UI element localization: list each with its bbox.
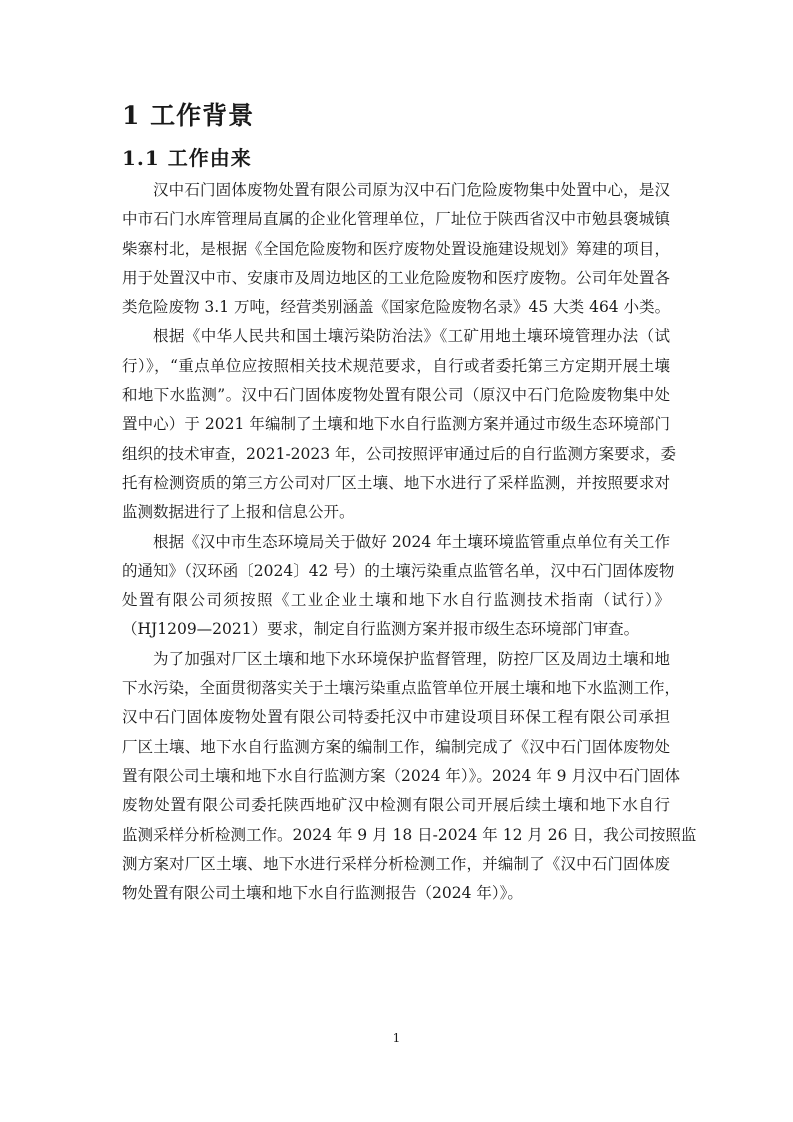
- text-line: 组织的技术审查，2021-2023 年，公司按照评审通过后的自行监测方案要求，委: [122, 440, 670, 469]
- text-line: 类危险废物 3.1 万吨，经营类别涵盖《国家危险废物名录》45 大类 464 小…: [122, 293, 670, 322]
- text-line: 监测采样分析检测工作。2024 年 9 月 18 日-2024 年 12 月 2…: [122, 821, 670, 850]
- text-line: 置中心）于 2021 年编制了土壤和地下水自行监测方案并通过市级生态环境部门: [122, 410, 670, 439]
- text-line: 置有限公司土壤和地下水自行监测方案（2024 年）》。2024 年 9 月汉中石…: [122, 762, 670, 791]
- text-line: 监测数据进行了上报和信息公开。: [122, 498, 670, 527]
- paragraph-company-background: 汉中石门固体废物处置有限公司原为汉中石门危险废物集中处置中心，是汉 中市石门水库…: [122, 176, 672, 322]
- paragraph-2024-notice: 根据《汉中市生态环境局关于做好 2024 年土壤环境监管重点单位有关工作 的通知…: [122, 528, 672, 645]
- text-line: 行）》，“重点单位应按照相关技术规范要求，自行或者委托第三方定期开展土壤: [122, 352, 670, 381]
- text-line: 和地下水监测”。汉中石门固体废物处置有限公司（原汉中石门危险废物集中处: [122, 381, 670, 410]
- text-line: 物处置有限公司土壤和地下水自行监测报告（2024 年）》。: [122, 879, 670, 908]
- text-line: （HJ1209—2021）要求，制定自行监测方案并报市级生态环境部门审查。: [122, 615, 670, 644]
- text-line: 汉中石门固体废物处置有限公司特委托汉中市建设项目环保工程有限公司承担: [122, 703, 670, 732]
- paragraph-monitoring-work: 为了加强对厂区土壤和地下水环境保护监督管理，防控厂区及周边土壤和地 下水污染，全…: [122, 645, 672, 909]
- text-line: 中市石门水库管理局直属的企业化管理单位，厂址位于陕西省汉中市勉县褒城镇: [122, 205, 670, 234]
- document-page: 1 工作背景 1.1 工作由来 汉中石门固体废物处置有限公司原为汉中石门危险废物…: [0, 0, 793, 1122]
- text-line: 下水污染，全面贯彻落实关于土壤污染重点监管单位开展土壤和地下水监测工作，: [122, 674, 670, 703]
- text-line: 的通知》（汉环函〔2024〕42 号）的土壤污染重点监管名单，汉中石门固体废物: [122, 557, 670, 586]
- text-line: 厂区土壤、地下水自行监测方案的编制工作，编制完成了《汉中石门固体废物处: [122, 733, 670, 762]
- text-line: 柴寨村北，是根据《全国危险废物和医疗废物处置设施建设规划》筹建的项目，: [122, 235, 670, 264]
- text-line: 托有检测资质的第三方公司对厂区土壤、地下水进行了采样监测，并按照要求对: [122, 469, 670, 498]
- text-line: 测方案对厂区土壤、地下水进行采样分析检测工作，并编制了《汉中石门固体废: [122, 850, 670, 879]
- body-text: 汉中石门固体废物处置有限公司原为汉中石门危险废物集中处置中心，是汉 中市石门水库…: [122, 176, 672, 908]
- text-line: 用于处置汉中市、安康市及周边地区的工业危险废物和医疗废物。公司年处置各: [122, 264, 670, 293]
- paragraph-legal-basis: 根据《中华人民共和国土壤污染防治法》《工矿用地土壤环境管理办法（试 行）》，“重…: [122, 322, 672, 527]
- text-line: 根据《汉中市生态环境局关于做好 2024 年土壤环境监管重点单位有关工作: [122, 528, 670, 557]
- text-line: 为了加强对厂区土壤和地下水环境保护监督管理，防控厂区及周边土壤和地: [122, 645, 670, 674]
- text-line: 汉中石门固体废物处置有限公司原为汉中石门危险废物集中处置中心，是汉: [122, 176, 670, 205]
- page-number: 1: [0, 1030, 793, 1046]
- subsection-heading-1-1: 1.1 工作由来: [122, 144, 252, 172]
- text-line: 根据《中华人民共和国土壤污染防治法》《工矿用地土壤环境管理办法（试: [122, 322, 670, 351]
- text-line: 废物处置有限公司委托陕西地矿汉中检测有限公司开展后续土壤和地下水自行: [122, 791, 670, 820]
- section-heading-1: 1 工作背景: [122, 100, 254, 132]
- text-line: 处置有限公司须按照《工业企业土壤和地下水自行监测技术指南（试行）》: [122, 586, 670, 615]
